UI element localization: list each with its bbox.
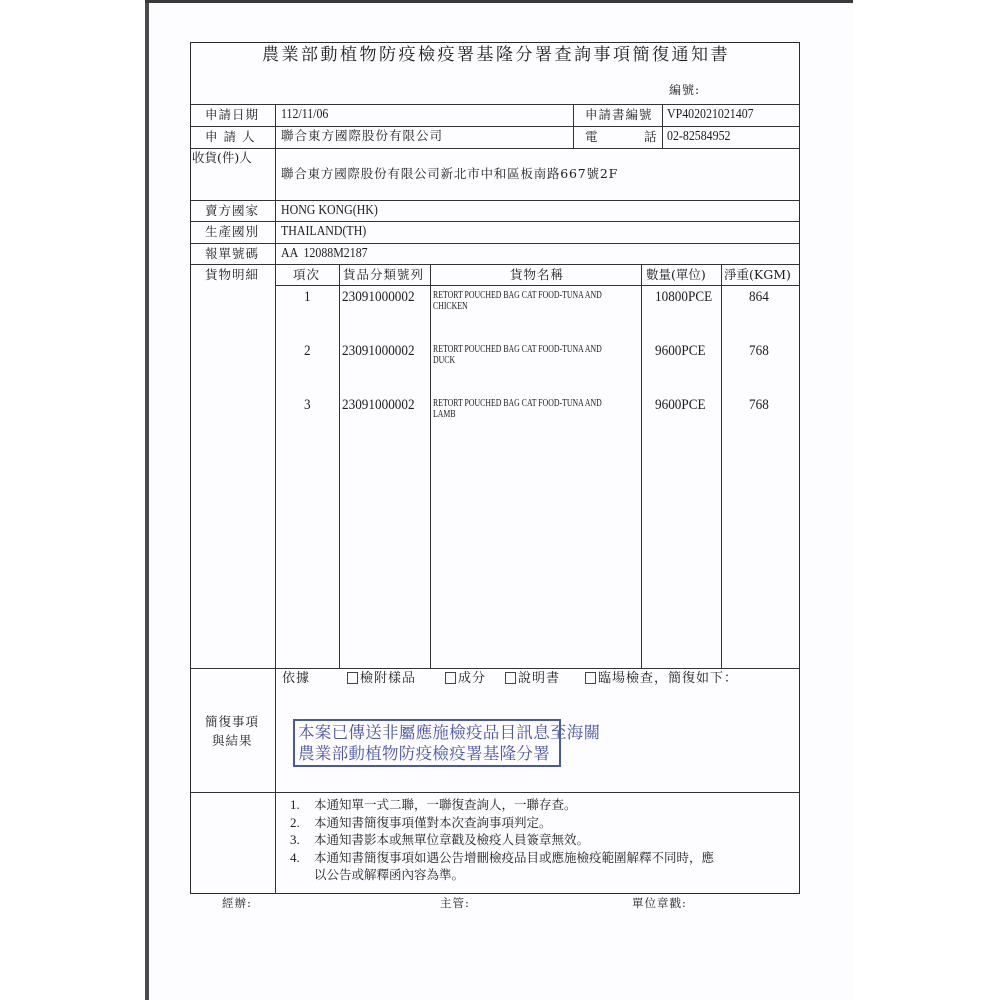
checkbox-ingredients[interactable] <box>445 672 456 684</box>
option-manual[interactable]: 說明書 <box>505 672 560 685</box>
goods-name-line1: RETORT POUCHED BAG CAT FOOD-TUNA AND <box>433 345 602 356</box>
goods-col-qty: 數量(單位) <box>646 269 706 282</box>
goods-quantity: 9600PCE <box>655 344 706 359</box>
notes-list: 1.本通知單一式二聯，一聯復查詢人，一聯存查。2.本通知書簡復事項僅對本次查詢事… <box>290 796 714 884</box>
goods-net-weight: 768 <box>749 344 769 359</box>
option-sample[interactable]: 檢附樣品 <box>347 672 416 685</box>
note-item: 3.本通知書影本或無單位章戳及檢疫人員簽章無效。 <box>290 831 714 849</box>
goods-name-line1: RETORT POUCHED BAG CAT FOOD-TUNA AND <box>433 291 602 302</box>
applicant-value: 聯合東方國際股份有限公司 <box>281 130 443 143</box>
note-number: 4. <box>290 849 314 867</box>
note-number: 1. <box>290 796 314 814</box>
consignee-label: 收貨(件)人 <box>192 152 252 165</box>
goods-col-item: 項次 <box>293 269 320 282</box>
consignee-value: 聯合東方國際股份有限公司新北市中和區板南路667號2F <box>281 168 618 181</box>
application-date-value: 112/11/06 <box>281 108 328 122</box>
application-no-label: 申請書編號 <box>585 109 653 122</box>
note-text: 本通知書簡復事項如遇公告增刪檢疫品目或應施檢疫範圍解釋不同時，應 <box>314 850 714 865</box>
goods-code: 23091000002 <box>342 290 415 305</box>
phone-label-right: 話 <box>644 131 658 144</box>
goods-name-line2: LAMB <box>433 410 456 421</box>
seller-country-value: HONG KONG(HK) <box>281 204 378 218</box>
note-item: 1.本通知單一式二聯，一聯復查詢人，一聯存查。 <box>290 796 714 814</box>
goods-col-weight: 淨重(KGM) <box>724 269 791 282</box>
declaration-no-value: AA 12088M2187 <box>281 247 368 261</box>
checkbox-manual[interactable] <box>505 672 516 684</box>
phone-value: 02-82584952 <box>667 130 730 144</box>
seller-country-label: 賣方國家 <box>205 205 259 218</box>
goods-item-no: 1 <box>304 290 311 305</box>
origin-country-label: 生產國別 <box>205 226 259 239</box>
checkbox-onsite[interactable] <box>585 672 596 684</box>
checkbox-sample[interactable] <box>347 672 358 684</box>
serial-number-label: 編號: <box>669 84 700 96</box>
goods-quantity: 10800PCE <box>655 290 712 305</box>
goods-code: 23091000002 <box>342 344 415 359</box>
signature-unit-seal: 單位章戳: <box>632 898 687 910</box>
goods-code: 23091000002 <box>342 398 415 413</box>
signature-supervisor: 主管: <box>440 898 470 910</box>
note-item: 4.本通知書簡復事項如遇公告增刪檢疫品目或應施檢疫範圍解釋不同時，應 <box>290 849 714 867</box>
declaration-no-label: 報單號碼 <box>205 248 259 261</box>
goods-col-code: 貨品分類號列 <box>343 269 424 282</box>
applicant-label: 申 請 人 <box>205 131 255 144</box>
application-no-value: VP402021021407 <box>667 108 754 122</box>
note-text: 本通知書影本或無單位章戳及檢疫人員簽章無效。 <box>314 832 589 847</box>
goods-name-line1: RETORT POUCHED BAG CAT FOOD-TUNA AND <box>433 399 602 410</box>
goods-name-line2: CHICKEN <box>433 302 468 313</box>
goods-label: 貨物明細 <box>205 269 259 282</box>
goods-net-weight: 864 <box>749 290 769 305</box>
note-number: 3. <box>290 831 314 849</box>
option-onsite[interactable]: 臨場檢查，簡復如下： <box>585 672 738 685</box>
goods-col-name: 貨物名稱 <box>510 269 564 282</box>
note-text-continued: 以公告或解釋函內容為準。 <box>290 866 714 884</box>
results-label-line1: 簡復事項 <box>205 716 259 729</box>
phone-label-left: 電 <box>585 131 599 144</box>
goods-item-no: 2 <box>304 344 311 359</box>
goods-quantity: 9600PCE <box>655 398 706 413</box>
document-title: 農業部動植物防疫檢疫署基隆分署查詢事項簡復通知書 <box>262 47 730 64</box>
scan-edge-top <box>145 0 853 3</box>
note-number: 2. <box>290 814 314 832</box>
basis-label: 依據 <box>282 672 310 685</box>
goods-name-line2: DUCK <box>433 356 455 367</box>
origin-country-value: THAILAND(TH) <box>281 225 366 239</box>
official-stamp: 本案已傳送非屬應施檢疫品目訊息至海關 農業部動植物防疫檢疫署基隆分署 <box>293 719 561 767</box>
results-label-line2: 與結果 <box>212 735 253 748</box>
goods-item-no: 3 <box>304 398 311 413</box>
signature-handler: 經辦: <box>222 898 252 910</box>
note-text: 本通知書簡復事項僅對本次查詢事項判定。 <box>314 815 552 830</box>
stamp-line1: 本案已傳送非屬應施檢疫品目訊息至海關 <box>298 722 556 743</box>
note-item: 2.本通知書簡復事項僅對本次查詢事項判定。 <box>290 814 714 832</box>
application-date-label: 申請日期 <box>205 109 259 122</box>
option-ingredients[interactable]: 成分 <box>445 672 486 685</box>
note-text: 本通知單一式二聯，一聯復查詢人，一聯存查。 <box>314 797 577 812</box>
goods-net-weight: 768 <box>749 398 769 413</box>
stamp-line2: 農業部動植物防疫檢疫署基隆分署 <box>298 743 556 764</box>
